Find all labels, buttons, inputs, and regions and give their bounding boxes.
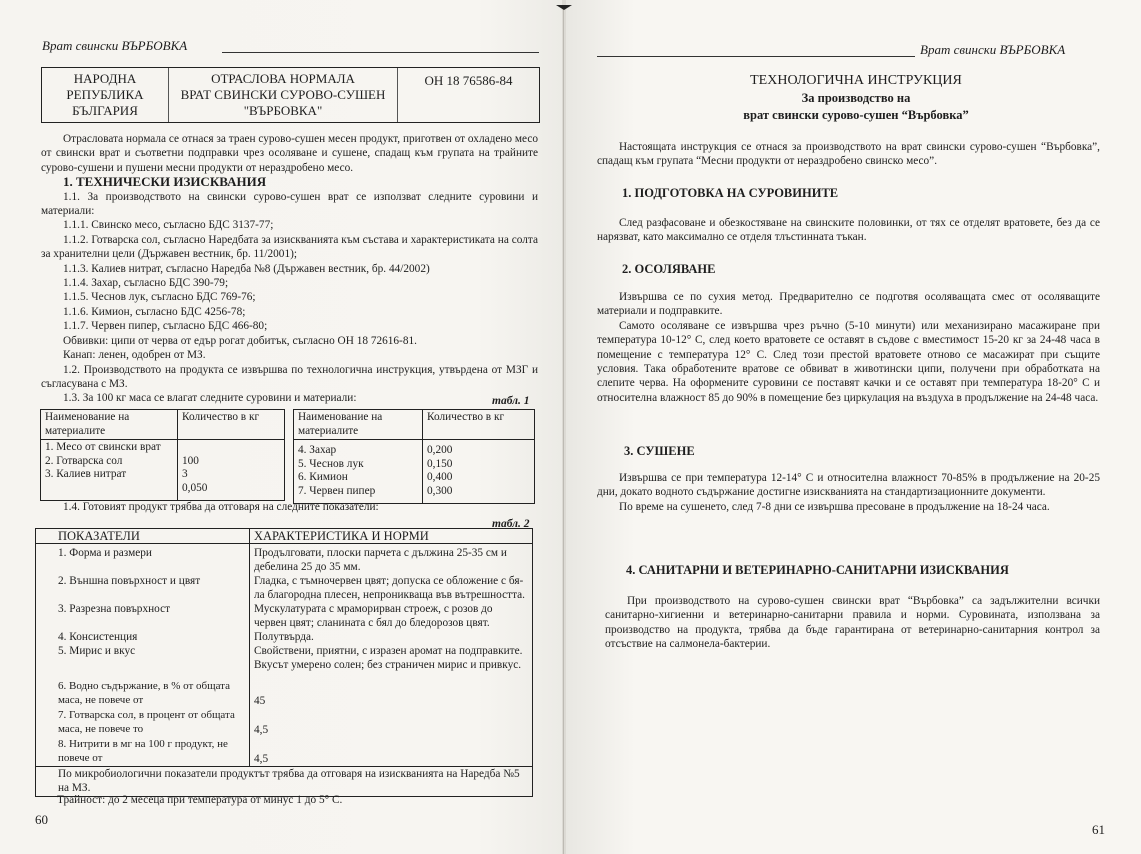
- norm: Продълговати, плоски парчета с дължина 2…: [254, 546, 528, 574]
- norm: Мускулатурата с мраморирван строеж, с ро…: [254, 602, 528, 630]
- paragraph: 1.3. За 100 кг маса се влагат следните с…: [41, 391, 538, 405]
- twine-line: Канап: ленен, одобрен от МЗ.: [41, 348, 538, 362]
- norms-cell: Продълговати, плоски парчета с дължина 2…: [250, 544, 533, 767]
- list-item: 1.1.7. Червен пипер, съгласно БДС 466-80…: [41, 319, 538, 333]
- indicator: 1. Форма и размери: [58, 546, 245, 574]
- issuer-cell: НАРОДНА РЕПУБЛИКА БЪЛГАРИЯ: [42, 68, 169, 122]
- material-qty: 0,200: [427, 444, 530, 458]
- paragraph: Самото осоляване се извършва чрез ръчно …: [597, 319, 1100, 405]
- section-heading: 1. ПОДГОТОВКА НА СУРОВИНИТЕ: [622, 186, 838, 201]
- section-heading: 1. ТЕХНИЧЕСКИ ИЗИСКВАНИЯ: [41, 175, 538, 189]
- issuer-line: РЕПУБЛИКА: [66, 87, 143, 103]
- list-item: 1.1.6. Кимион, съгласно БДС 4256-78;: [41, 305, 538, 319]
- qty-cell: 0,200 0,150 0,400 0,300: [423, 440, 535, 504]
- section-body: Извършва се при температура 12-14° С и о…: [597, 471, 1100, 514]
- section-heading: 2. ОСОЛЯВАНЕ: [622, 262, 715, 277]
- standard-title-line: ВРАТ СВИНСКИ СУРОВО-СУШЕН: [181, 87, 386, 103]
- indicator: 5. Мирис и вкус: [58, 644, 245, 679]
- paragraph: 1.2. Производството на продукта се извър…: [41, 363, 538, 392]
- names-cell: 4. Захар 5. Чеснов лук 6. Кимион 7. Черв…: [294, 440, 423, 504]
- col-header: Количество в кг: [423, 410, 535, 440]
- page-number-left: 60: [35, 812, 48, 828]
- norm: Свойствени, приятни, с изразен аромат на…: [254, 644, 528, 679]
- qty-cell: 100 3 0,050: [178, 440, 285, 501]
- standard-header-box: НАРОДНА РЕПУБЛИКА БЪЛГАРИЯ ОТРАСЛОВА НОР…: [41, 67, 540, 123]
- list-item: 1.1.5. Чеснов лук, съгласно БДС 769-76;: [41, 290, 538, 304]
- indicator: 4. Консистенция: [58, 630, 245, 644]
- left-body-text: Отрасловата нормала се отнася за траен с…: [41, 132, 538, 406]
- indicator: 3. Разрезна повърхност: [58, 602, 245, 630]
- list-item: 1.1.4. Захар, съгласно БДС 390-79;: [41, 276, 538, 290]
- intro-paragraph: Настоящата инструкция се отнася за произ…: [597, 140, 1100, 169]
- material-name: 5. Чеснов лук: [298, 458, 418, 472]
- list-item: 1.1.1. Свинско месо, съгласно БДС 3137-7…: [41, 218, 538, 232]
- materials-table-right: Наименование на материалите Количество в…: [293, 409, 535, 504]
- col-header: Наименование на материалите: [41, 410, 178, 440]
- col-header: Наименование на материалите: [294, 410, 423, 440]
- list-item: 1.1.3. Калиев нитрат, съгласно Наредба №…: [41, 262, 538, 276]
- norm: 4,5: [254, 737, 528, 766]
- indicators-table: ПОКАЗАТЕЛИ ХАРАКТЕРИСТИКА И НОРМИ 1. Фор…: [35, 528, 533, 797]
- instruction-title: ТЕХНОЛОГИЧНА ИНСТРУКЦИЯ: [597, 73, 1115, 89]
- intro-paragraph: Отрасловата нормала се отнася за траен с…: [41, 132, 538, 175]
- paragraph: По време на сушенето, след 7-8 дни се из…: [597, 500, 1100, 514]
- material-name: 2. Готварска сол: [45, 455, 173, 469]
- paragraph: 1.4. Готовият продукт трябва да отговаря…: [63, 500, 533, 514]
- norm: Полутвърда.: [254, 630, 528, 644]
- paragraph: След разфасоване и обезкостяване на свин…: [597, 216, 1100, 245]
- running-head-left: Врат свински ВЪРБОВКА: [42, 38, 187, 54]
- paragraph: При производството на сурово-сушен свинс…: [605, 594, 1100, 652]
- list-item: 1.1.2. Готварска сол, съгласно Наредбата…: [41, 233, 538, 262]
- right-page: [566, 0, 1141, 854]
- section-body: Извършва се по сухия метод. Предварителн…: [597, 290, 1100, 405]
- col-header: Количество в кг: [178, 410, 285, 440]
- instruction-subtitle: За производство на: [597, 91, 1115, 106]
- casings-line: Обвивки: ципи от черва от едър рогат доб…: [41, 334, 538, 348]
- indicator: 8. Нитрити в мг на 100 г продукт, не пов…: [58, 737, 245, 766]
- intro-text: Настоящата инструкция се отнася за произ…: [597, 140, 1100, 169]
- col-header: ПОКАЗАТЕЛИ: [36, 529, 250, 544]
- instruction-subtitle: врат свински сурово-сушен “Върбовка”: [597, 108, 1115, 123]
- shelf-life: Трайност: до 2 месеца при температура от…: [57, 793, 527, 807]
- indicator: 6. Водно съдържание, в % от общата маса,…: [58, 679, 245, 708]
- section-heading: 4. САНИТАРНИ И ВЕТЕРИНАРНО-САНИТАРНИ ИЗИ…: [626, 563, 1009, 578]
- material-name: 4. Захар: [298, 444, 418, 458]
- paragraph: Извършва се при температура 12-14° С и о…: [597, 471, 1100, 500]
- material-qty: 0,300: [427, 485, 530, 499]
- standard-title-line: "ВЪРБОВКА": [244, 103, 323, 119]
- material-qty: 0,400: [427, 471, 530, 485]
- indicator: 2. Външна повърхност и цвят: [58, 574, 245, 602]
- spine-line: [563, 8, 564, 854]
- material-name: 7. Червен пипер: [298, 485, 418, 499]
- material-qty: 3: [182, 468, 280, 482]
- material-name: 3. Калиев нитрат: [45, 468, 173, 482]
- material-name: 6. Кимион: [298, 471, 418, 485]
- standard-title-line: ОТРАСЛОВА НОРМАЛА: [211, 71, 355, 87]
- material-qty: 0,050: [182, 482, 280, 496]
- material-qty: 0,150: [427, 458, 530, 472]
- material-qty: 100: [182, 455, 280, 469]
- indicators-cell: 1. Форма и размери 2. Външна повърхност …: [36, 544, 250, 767]
- paragraph: Извършва се по сухия метод. Предварителн…: [597, 290, 1100, 319]
- indicator: 7. Готварска сол, в процент от общата ма…: [58, 708, 245, 737]
- standard-code: ОН 18 76586-84: [424, 73, 512, 89]
- paragraph: 1.1. За производството на свински сурово…: [41, 190, 538, 219]
- section-body: При производството на сурово-сушен свинс…: [605, 594, 1100, 652]
- section-heading: 3. СУШЕНЕ: [624, 444, 695, 459]
- header-rule-right: [597, 56, 915, 57]
- page-number-right: 61: [1092, 822, 1105, 838]
- standard-code-cell: ОН 18 76586-84: [398, 68, 539, 122]
- header-rule-left: [222, 52, 539, 53]
- table1-label: табл. 1: [492, 395, 530, 407]
- material-name: 1. Месо от свински врат: [45, 441, 173, 455]
- materials-table-left: Наименование на материалите Количество в…: [40, 409, 285, 501]
- microbiology-note: По микробиологични показатели продуктът …: [36, 767, 533, 796]
- col-header: ХАРАКТЕРИСТИКА И НОРМИ: [250, 529, 533, 544]
- norm: 4,5: [254, 708, 528, 737]
- standard-title-cell: ОТРАСЛОВА НОРМАЛА ВРАТ СВИНСКИ СУРОВО-СУ…: [169, 68, 398, 122]
- running-head-right: Врат свински ВЪРБОВКА: [920, 42, 1065, 58]
- names-cell: 1. Месо от свински врат 2. Готварска сол…: [41, 440, 178, 501]
- section-body: След разфасоване и обезкостяване на свин…: [597, 216, 1100, 245]
- issuer-line: БЪЛГАРИЯ: [72, 103, 138, 119]
- issuer-line: НАРОДНА: [74, 71, 137, 87]
- norm: 45: [254, 679, 528, 708]
- norm: Гладка, с тъмночервен цвят; допуска се о…: [254, 574, 528, 602]
